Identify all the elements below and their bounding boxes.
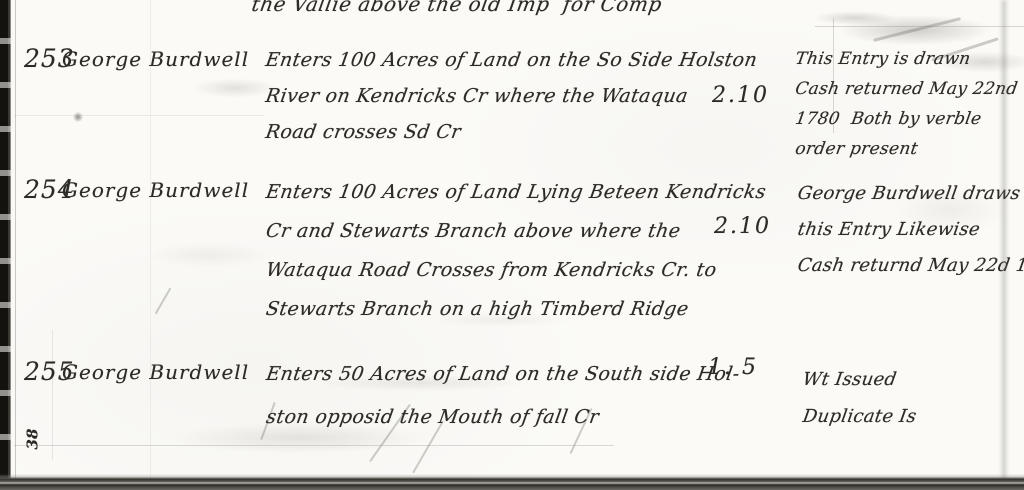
binding-edge-line (15, 0, 16, 490)
paper-crease-vertical (150, 0, 151, 490)
entry-description: Enters 50 Acres of Land on the South sid… (263, 353, 736, 439)
margin-note-line: Cash returned May 22nd (793, 74, 1020, 104)
margin-note-line: This Entry is drawn (793, 44, 1020, 74)
claimant-name: George Burdwell (62, 178, 249, 202)
description-line: River on Kendricks Cr where the Wataqua (263, 78, 760, 114)
margin-note-line: order present (793, 134, 1020, 164)
description-line: Enters 100 Acres of Land on the So Side … (263, 42, 760, 78)
claimant-name: George Burdwell (62, 360, 249, 384)
claimant-name: George Burdwell (62, 47, 249, 71)
margin-note-line: this Entry Likewise (795, 212, 1024, 248)
margin-note: Wt Issued Duplicate Is (800, 361, 913, 435)
pencil-stroke (873, 17, 961, 42)
description-line: Road crosses Sd Cr (263, 114, 760, 150)
margin-rule-horizontal (815, 26, 1024, 27)
margin-note-line: Wt Issued (800, 361, 919, 398)
guide-line (14, 445, 614, 446)
previous-entry-fragment: the Vallie above the old Imp for Comp (250, 0, 664, 16)
margin-note: This Entry is drawn Cash returned May 22… (793, 44, 1015, 164)
description-line: Enters 50 Acres of Land on the South sid… (263, 353, 743, 396)
margin-note-line: Cash returnd May 22d 1780 (795, 248, 1024, 284)
entry-amount: 1. 5 (708, 355, 758, 380)
pencil-stroke (155, 288, 172, 315)
guide-line (14, 115, 264, 116)
description-line: Stewarts Branch on a high Timberd Ridge (263, 290, 769, 329)
page-bottom-edge (0, 474, 1024, 490)
entry-amount: 2.10 (712, 83, 769, 108)
description-line: Enters 100 Acres of Land Lying Beteen Ke… (263, 173, 769, 212)
entry-description: Enters 100 Acres of Land on the So Side … (263, 42, 754, 150)
description-line: Cr and Stewarts Branch above where the (263, 212, 769, 251)
binding-edge (0, 0, 14, 490)
page-right-edge (1000, 0, 1008, 490)
margin-note-line: Duplicate Is (800, 398, 919, 435)
ledger-page: the Vallie above the old Imp for Comp 25… (0, 0, 1024, 490)
paper-crease-vertical (52, 330, 53, 460)
entry-description: Enters 100 Acres of Land Lying Beteen Ke… (263, 173, 763, 329)
description-line: ston opposid the Mouth of fall Cr (263, 396, 743, 439)
page-number-mark: 38 (23, 429, 41, 450)
margin-note-line: George Burdwell draws (795, 176, 1024, 212)
margin-note: George Burdwell draws this Entry Likewis… (795, 176, 1024, 284)
margin-note-line: 1780 Both by verble (793, 104, 1020, 134)
description-line: Wataqua Road Crosses from Kendricks Cr. … (263, 251, 769, 290)
entry-amount: 2.10 (714, 214, 771, 239)
